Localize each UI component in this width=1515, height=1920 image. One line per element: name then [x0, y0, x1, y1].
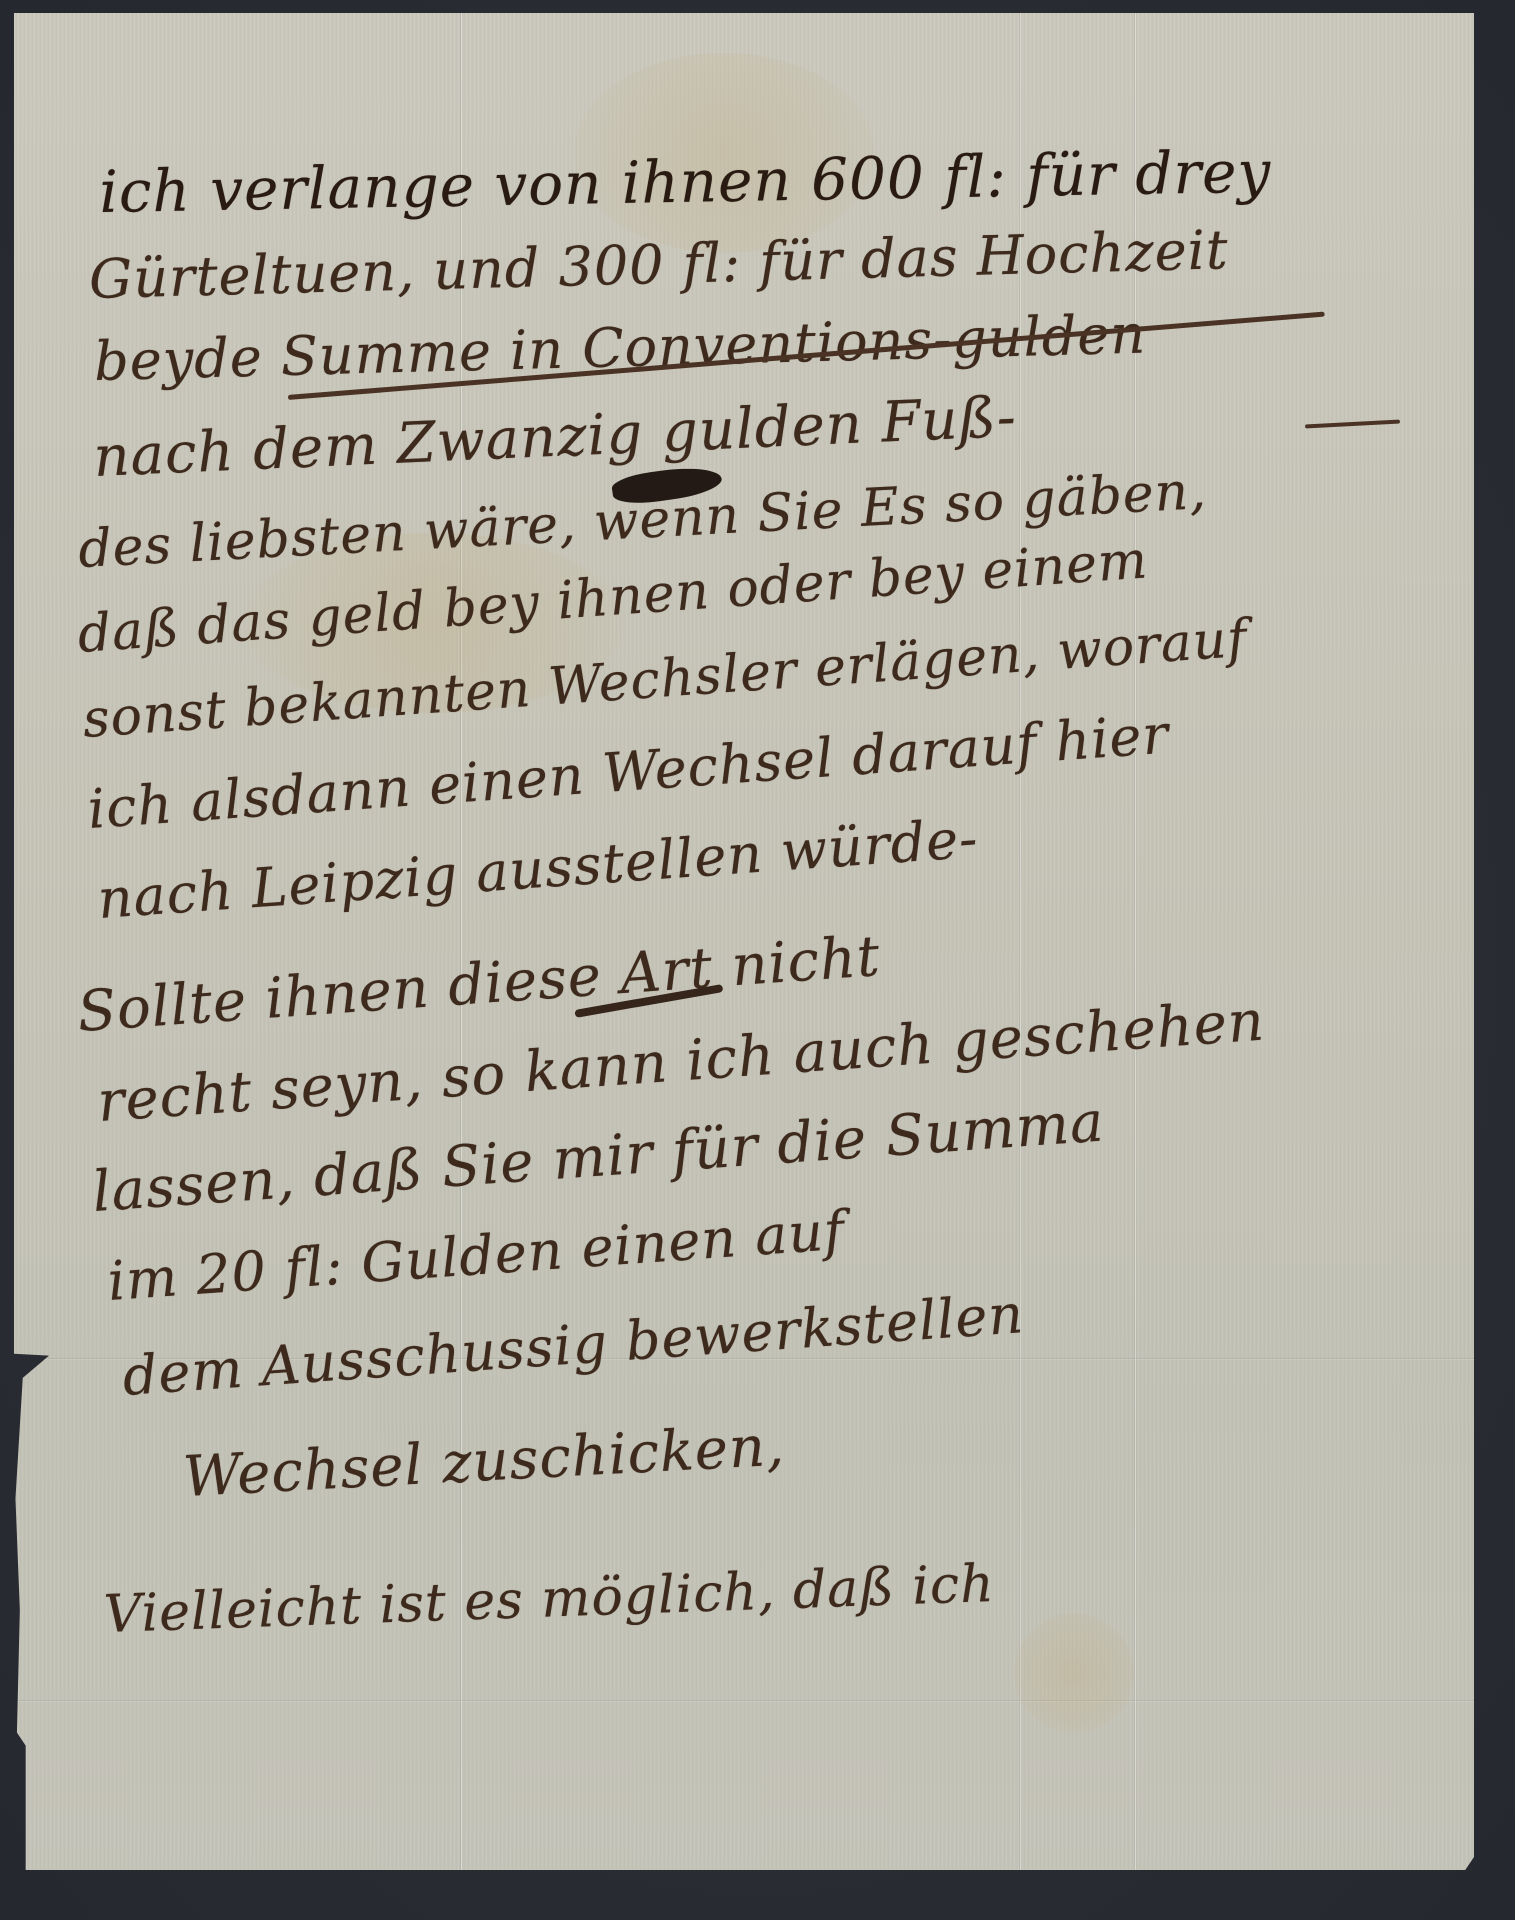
vertical-fold-line	[1134, 13, 1137, 1870]
paper-stain	[1014, 1613, 1134, 1733]
horizontal-crease	[14, 1700, 1474, 1702]
vertical-fold-line	[1019, 13, 1022, 1870]
